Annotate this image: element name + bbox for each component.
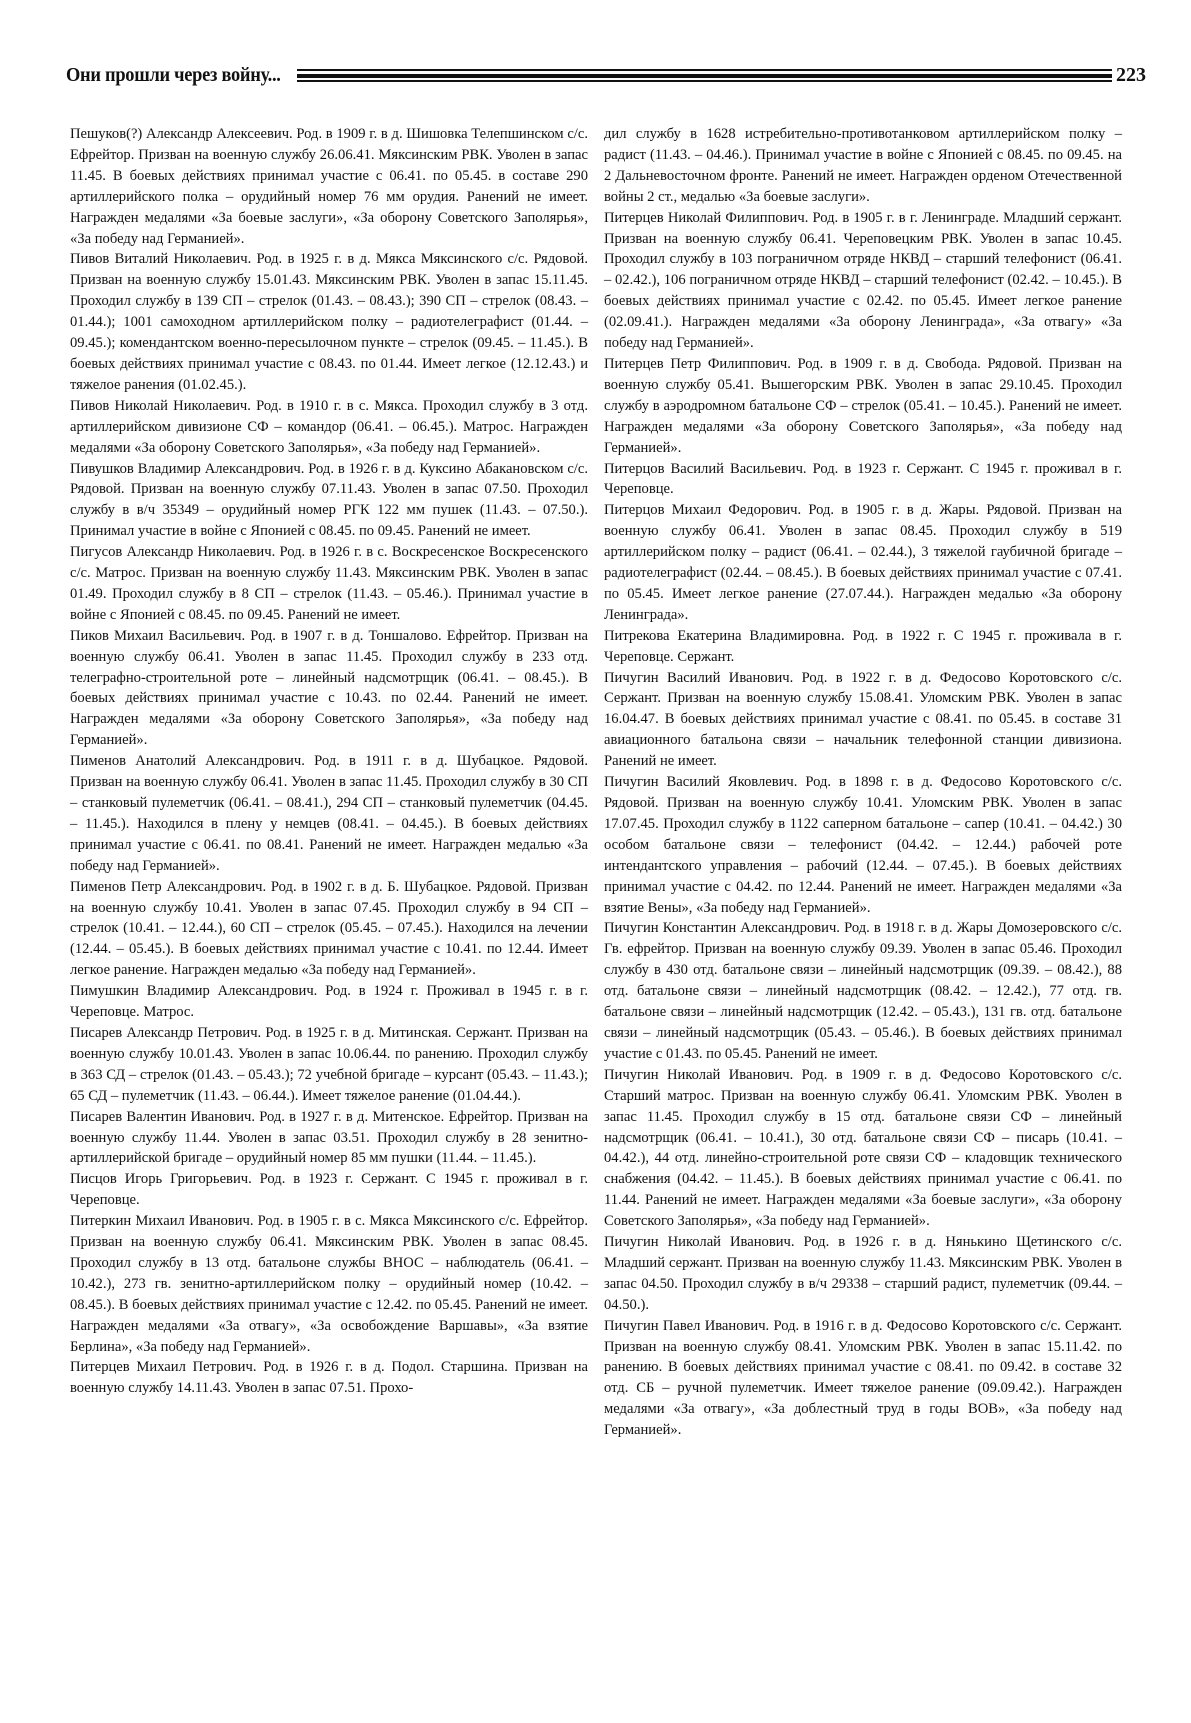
- biography-entry: Пивов Виталий Николаевич. Род. в 1925 г.…: [70, 249, 588, 395]
- biography-entry: Пичугин Николай Иванович. Род. в 1909 г.…: [604, 1065, 1122, 1232]
- running-title: Они прошли через войну...: [66, 64, 281, 87]
- biography-entry: Пичугин Василий Иванович. Род. в 1922 г.…: [604, 668, 1122, 773]
- left-column: Пешуков(?) Александр Алексеевич. Род. в …: [70, 124, 588, 1399]
- right-column: дил службу в 1628 истребительно-противот…: [604, 124, 1122, 1441]
- biography-entry: Пивушков Владимир Александрович. Род. в …: [70, 459, 588, 543]
- biography-entry: Питрекова Екатерина Владимировна. Род. в…: [604, 626, 1122, 668]
- biography-entry: Пичугин Константин Александрович. Род. в…: [604, 918, 1122, 1064]
- running-header: Они прошли через войну... 223: [66, 58, 1146, 92]
- rule-line: [297, 74, 1112, 78]
- biography-entry: Питерцов Василий Васильевич. Род. в 1923…: [604, 459, 1122, 501]
- biography-entry: Питерцев Петр Филиппович. Род. в 1909 г.…: [604, 354, 1122, 459]
- header-triple-rule: [297, 68, 1112, 82]
- biography-entry: Пиков Михаил Васильевич. Род. в 1907 г. …: [70, 626, 588, 751]
- biography-entry: Питерцев Михаил Петрович. Род. в 1926 г.…: [70, 1357, 588, 1399]
- biography-entry: Питерцев Николай Филиппович. Род. в 1905…: [604, 208, 1122, 354]
- biography-entry: Пичугин Василий Яковлевич. Род. в 1898 г…: [604, 772, 1122, 918]
- biography-entry: Писарев Александр Петрович. Род. в 1925 …: [70, 1023, 588, 1107]
- biography-entry: Пимушкин Владимир Александрович. Род. в …: [70, 981, 588, 1023]
- biography-entry: Пичугин Павел Иванович. Род. в 1916 г. в…: [604, 1316, 1122, 1441]
- biography-entry: Писарев Валентин Иванович. Род. в 1927 г…: [70, 1107, 588, 1170]
- biography-entry: Питерцов Михаил Федорович. Род. в 1905 г…: [604, 500, 1122, 625]
- rule-line: [297, 80, 1112, 82]
- biography-entry: Пименов Петр Александрович. Род. в 1902 …: [70, 877, 588, 982]
- biography-entry: Пигусов Александр Николаевич. Род. в 192…: [70, 542, 588, 626]
- page-number: 223: [1116, 64, 1146, 87]
- biography-entry: Пешуков(?) Александр Алексеевич. Род. в …: [70, 124, 588, 249]
- biography-entry: Питеркин Михаил Иванович. Род. в 1905 г.…: [70, 1211, 588, 1357]
- biography-entry: Пичугин Николай Иванович. Род. в 1926 г.…: [604, 1232, 1122, 1316]
- biography-entry: Пивов Николай Николаевич. Род. в 1910 г.…: [70, 396, 588, 459]
- biography-entry: Писцов Игорь Григорьевич. Род. в 1923 г.…: [70, 1169, 588, 1211]
- biography-entry-continued: дил службу в 1628 истребительно-противот…: [604, 124, 1122, 208]
- rule-line: [297, 69, 1112, 71]
- biography-entry: Пименов Анатолий Александрович. Род. в 1…: [70, 751, 588, 876]
